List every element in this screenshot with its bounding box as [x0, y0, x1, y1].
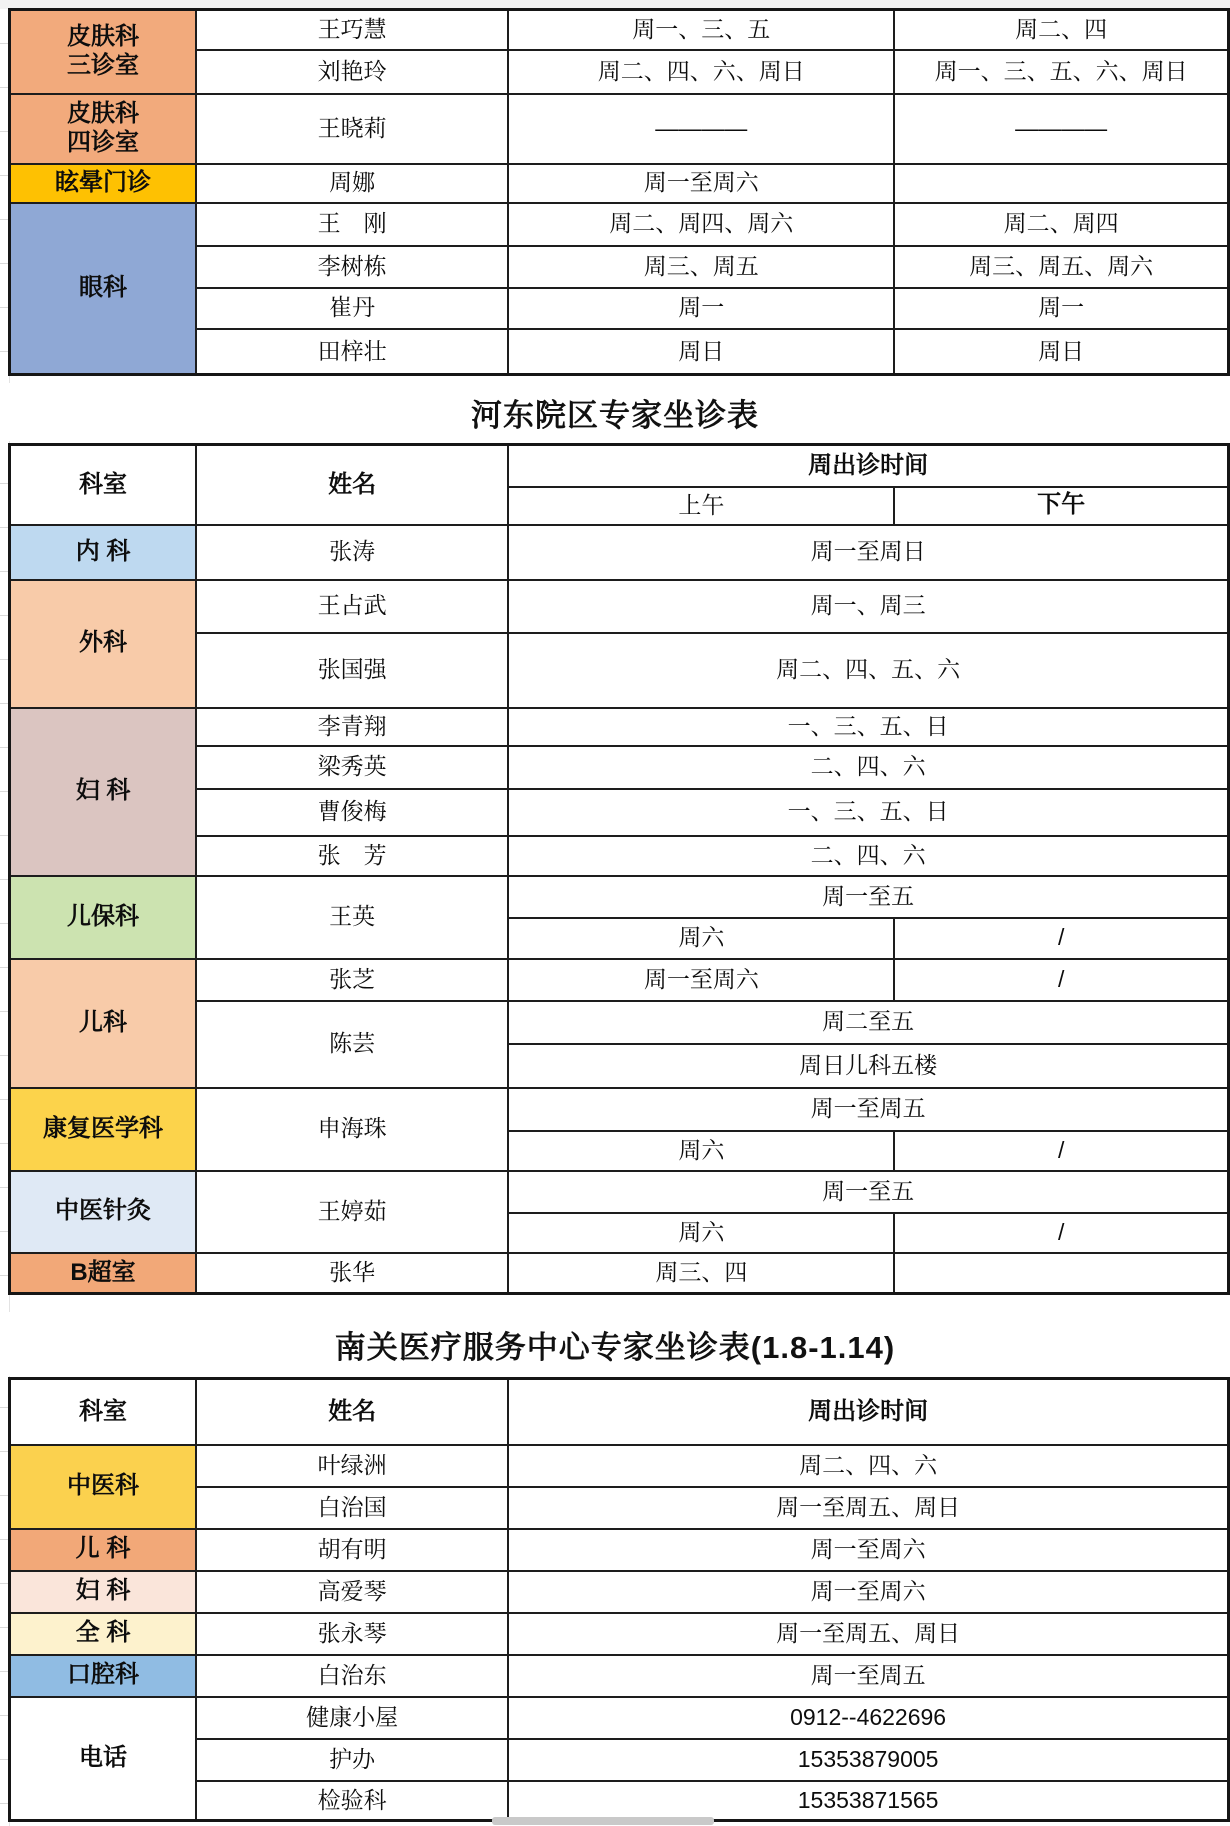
- name-cell: 高爱琴: [196, 1571, 508, 1613]
- schedule-pm-cell: 周日: [894, 329, 1228, 375]
- hedong-title-band: 河东院区专家坐诊表: [0, 383, 1230, 441]
- name-cell: 张华: [196, 1253, 508, 1294]
- schedule-am-cell: 周六: [508, 1213, 894, 1253]
- horizontal-scrollbar-thumb[interactable]: [492, 1817, 714, 1825]
- schedule-cell: 周一至周六: [508, 1529, 1228, 1571]
- name-cell: 叶绿洲: [196, 1445, 508, 1487]
- header-cell: 科室: [10, 1379, 197, 1445]
- dept-cell: 外科: [10, 580, 197, 708]
- name-cell: 护办: [196, 1739, 508, 1781]
- dept-cell: 中医科: [10, 1445, 197, 1529]
- schedule-cell: 周一、周三: [508, 580, 1228, 633]
- schedule-cell: 周一至五: [508, 876, 1228, 918]
- dept-cell: 皮肤科 四诊室: [10, 94, 197, 164]
- name-cell: 张国强: [196, 633, 508, 708]
- name-cell: 张 芳: [196, 836, 508, 876]
- schedule-pm-cell: ————: [894, 94, 1228, 164]
- name-cell: 李树栋: [196, 246, 508, 288]
- name-cell: 检验科: [196, 1781, 508, 1821]
- schedule-cell: 周一至五: [508, 1171, 1228, 1213]
- schedule-cell: 周二至五: [508, 1001, 1228, 1044]
- dept-cell: 皮肤科 三诊室: [10, 10, 197, 94]
- schedule-pm-cell: /: [894, 1131, 1228, 1171]
- schedule-pm-cell: [894, 1253, 1228, 1294]
- schedule-am-cell: 周一: [508, 288, 894, 329]
- schedule-cell: 周一至周日: [508, 525, 1228, 580]
- name-cell: 王英: [196, 876, 508, 959]
- schedule-pm-cell: [894, 164, 1228, 203]
- schedule-am-cell: 周二、周四、周六: [508, 203, 894, 246]
- schedule-am-cell: 周三、四: [508, 1253, 894, 1294]
- schedule-cell: 一、三、五、日: [508, 789, 1228, 836]
- header-cell: 姓名: [196, 1379, 508, 1445]
- phone-cell: 15353871565: [508, 1781, 1228, 1821]
- schedule-pm-cell: 周二、周四: [894, 203, 1228, 246]
- schedule-cell: 周日儿科五楼: [508, 1044, 1228, 1088]
- dept-cell: 眼科: [10, 203, 197, 375]
- schedule-pm-cell: 周一: [894, 288, 1228, 329]
- name-cell: 胡有明: [196, 1529, 508, 1571]
- name-cell: 田梓壮: [196, 329, 508, 375]
- dept-cell: 儿保科: [10, 876, 197, 959]
- schedule-pm-cell: 周三、周五、周六: [894, 246, 1228, 288]
- header-cell: 周出诊时间: [508, 1379, 1228, 1445]
- top-schedule-table: 皮肤科 三诊室王巧慧周一、三、五周二、四刘艳玲周二、四、六、周日周一、三、五、六…: [8, 8, 1230, 376]
- schedule-cell: 周一至周五: [508, 1655, 1228, 1697]
- name-cell: 李青翔: [196, 708, 508, 746]
- schedule-cell: 周一至周五: [508, 1088, 1228, 1131]
- name-cell: 王 刚: [196, 203, 508, 246]
- header-am-cell: 上午: [508, 487, 894, 525]
- header-cell: 周出诊时间: [508, 445, 1228, 487]
- schedule-pm-cell: 周一、三、五、六、周日: [894, 50, 1228, 94]
- dept-cell: 妇 科: [10, 1571, 197, 1613]
- name-cell: 王晓莉: [196, 94, 508, 164]
- name-cell: 周娜: [196, 164, 508, 203]
- dept-cell: 全 科: [10, 1613, 197, 1655]
- dept-cell: 康复医学科: [10, 1088, 197, 1171]
- name-cell: 白治国: [196, 1487, 508, 1529]
- schedule-cell: 周二、四、六: [508, 1445, 1228, 1487]
- dept-cell: 儿科: [10, 959, 197, 1088]
- dept-cell: 电话: [10, 1697, 197, 1821]
- schedule-pm-cell: 周二、四: [894, 10, 1228, 50]
- hedong-schedule-table: 科室姓名周出诊时间上午下午内 科张涛周一至周日外科王占武周一、周三张国强周二、四…: [8, 443, 1230, 1295]
- name-cell: 陈芸: [196, 1001, 508, 1088]
- schedule-cell: 周一至周五、周日: [508, 1613, 1228, 1655]
- schedule-pm-cell: /: [894, 918, 1228, 959]
- schedule-am-cell: 周六: [508, 1131, 894, 1171]
- name-cell: 刘艳玲: [196, 50, 508, 94]
- schedule-pm-cell: /: [894, 1213, 1228, 1253]
- schedule-am-cell: 周一、三、五: [508, 10, 894, 50]
- dept-cell: 儿 科: [10, 1529, 197, 1571]
- schedule-am-cell: 周一至周六: [508, 164, 894, 203]
- schedule-am-cell: 周一至周六: [508, 959, 894, 1001]
- dept-cell: 眩晕门诊: [10, 164, 197, 203]
- schedule-am-cell: 周二、四、六、周日: [508, 50, 894, 94]
- nanguan-schedule-table: 科室姓名周出诊时间中医科叶绿洲周二、四、六白治国周一至周五、周日儿 科胡有明周一…: [8, 1377, 1230, 1822]
- header-cell: 科室: [10, 445, 197, 525]
- name-cell: 曹俊梅: [196, 789, 508, 836]
- header-cell: 姓名: [196, 445, 508, 525]
- name-cell: 王巧慧: [196, 10, 508, 50]
- schedule-cell: 一、三、五、日: [508, 708, 1228, 746]
- schedule-sheet-screenshot: 皮肤科 三诊室王巧慧周一、三、五周二、四刘艳玲周二、四、六、周日周一、三、五、六…: [0, 0, 1230, 1826]
- schedule-cell: 二、四、六: [508, 836, 1228, 876]
- schedule-cell: 周一至周六: [508, 1571, 1228, 1613]
- schedule-am-cell: 周三、周五: [508, 246, 894, 288]
- name-cell: 健康小屋: [196, 1697, 508, 1739]
- schedule-cell: 二、四、六: [508, 746, 1228, 789]
- dept-cell: B超室: [10, 1253, 197, 1294]
- name-cell: 崔丹: [196, 288, 508, 329]
- nanguan-title-band: 南关医疗服务中心专家坐诊表(1.8-1.14): [0, 1312, 1230, 1376]
- dept-cell: 口腔科: [10, 1655, 197, 1697]
- dept-cell: 内 科: [10, 525, 197, 580]
- name-cell: 白治东: [196, 1655, 508, 1697]
- name-cell: 王婷茹: [196, 1171, 508, 1253]
- dept-cell: 妇 科: [10, 708, 197, 876]
- schedule-am-cell: ————: [508, 94, 894, 164]
- name-cell: 张永琴: [196, 1613, 508, 1655]
- hedong-table-title: 河东院区专家坐诊表: [471, 390, 759, 435]
- schedule-cell: 周一至周五、周日: [508, 1487, 1228, 1529]
- header-pm-cell: 下午: [894, 487, 1228, 525]
- name-cell: 梁秀英: [196, 746, 508, 789]
- phone-cell: 0912--4622696: [508, 1697, 1228, 1739]
- name-cell: 申海珠: [196, 1088, 508, 1171]
- phone-cell: 15353879005: [508, 1739, 1228, 1781]
- name-cell: 张涛: [196, 525, 508, 580]
- nanguan-table-title: 南关医疗服务中心专家坐诊表(1.8-1.14): [335, 1322, 895, 1367]
- schedule-cell: 周二、四、五、六: [508, 633, 1228, 708]
- dept-cell: 中医针灸: [10, 1171, 197, 1253]
- schedule-am-cell: 周六: [508, 918, 894, 959]
- schedule-am-cell: 周日: [508, 329, 894, 375]
- name-cell: 张芝: [196, 959, 508, 1001]
- schedule-pm-cell: /: [894, 959, 1228, 1001]
- name-cell: 王占武: [196, 580, 508, 633]
